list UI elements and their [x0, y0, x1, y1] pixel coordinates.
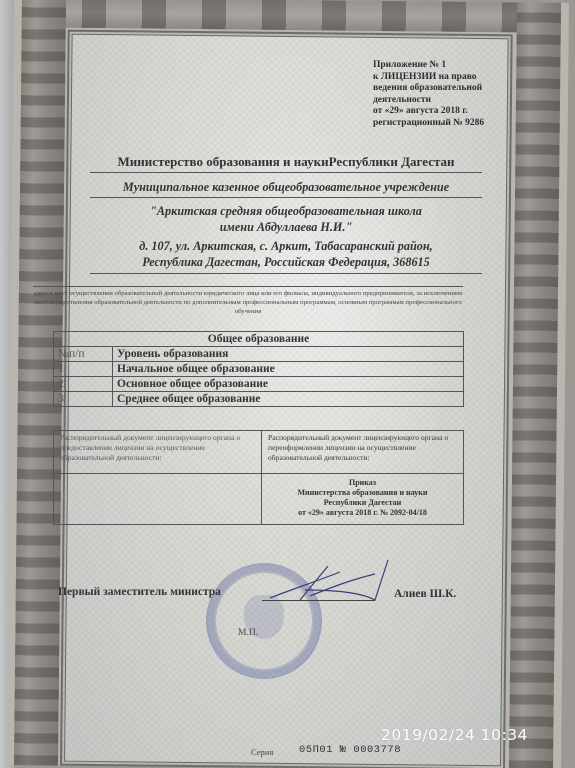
- row-number: 3: [54, 392, 113, 407]
- appendix-line: от «29» августа 2018 г.: [373, 106, 513, 118]
- appendix-line: регистрационный № 9286: [373, 118, 513, 130]
- appendix-block: Приложение № 1 к ЛИЦЕНЗИИ на право веден…: [373, 60, 513, 129]
- reissue-document-header: Распорядительный документ лицензирующего…: [262, 431, 464, 474]
- education-levels-table: Общее образование №п/п Уровень образован…: [53, 331, 464, 407]
- signer-title: Первый заместитель министра: [58, 586, 221, 598]
- reissue-document-value: Приказ Министерства образования и науки …: [262, 474, 464, 525]
- administrative-documents-table: Распорядительный документ лицензирующего…: [53, 430, 464, 525]
- order-line: Республики Дагестан: [268, 498, 457, 508]
- organization-name-cont: имени Абдуллаева Н.И.": [90, 220, 482, 235]
- column-header-number: №п/п: [54, 347, 113, 362]
- series-label: Серия: [251, 747, 273, 757]
- order-line: Приказ: [268, 478, 457, 488]
- ornamental-border-right: [509, 2, 561, 768]
- grant-document-value: [54, 474, 262, 525]
- ministry-name: Министерство образования и наукиРеспубли…: [90, 154, 482, 173]
- row-level: Среднее общее образование: [113, 392, 464, 407]
- address-note: адреса мест осуществления образовательно…: [33, 286, 463, 316]
- appendix-line: к ЛИЦЕНЗИИ на право: [373, 72, 513, 84]
- signer-name: Алиев Ш.К.: [394, 588, 456, 600]
- series-number: 05П01 № 0003778: [299, 744, 401, 756]
- order-line: от «29» августа 2018 г. № 2092-04/18: [268, 508, 457, 518]
- organization-type: Муниципальное казенное общеобразовательн…: [90, 180, 482, 198]
- organization-address-cont: Республика Дагестан, Российская Федераци…: [90, 255, 482, 274]
- table-row: 3 Среднее общее образование: [54, 392, 464, 407]
- appendix-line: Приложение № 1: [373, 60, 513, 72]
- table-title: Общее образование: [54, 332, 464, 347]
- handwritten-signature-icon: [250, 560, 390, 610]
- seal-placeholder-label: М.П.: [238, 628, 258, 638]
- organization-name: "Аркитская средняя общеобразовательная ш…: [90, 204, 482, 219]
- grant-document-header: Распорядительный документ лицензирующего…: [54, 431, 262, 474]
- organization-address: д. 107, ул. Аркитская, с. Аркит, Табасар…: [90, 239, 482, 254]
- ornamental-border-top: [22, 0, 561, 33]
- row-number: 1: [54, 362, 113, 377]
- row-level: Основное общее образование: [113, 377, 464, 392]
- column-header-level: Уровень образования: [113, 347, 464, 362]
- appendix-line: ведения образовательной: [373, 83, 513, 95]
- table-row: 1 Начальное общее образование: [54, 362, 464, 377]
- row-level: Начальное общее образование: [113, 362, 464, 377]
- order-line: Министерства образования и науки: [268, 488, 457, 498]
- row-number: 2: [54, 377, 113, 392]
- table-row: 2 Основное общее образование: [54, 377, 464, 392]
- appendix-line: деятельности: [373, 95, 513, 107]
- photo-timestamp: 2019/02/24 10:34: [381, 726, 528, 744]
